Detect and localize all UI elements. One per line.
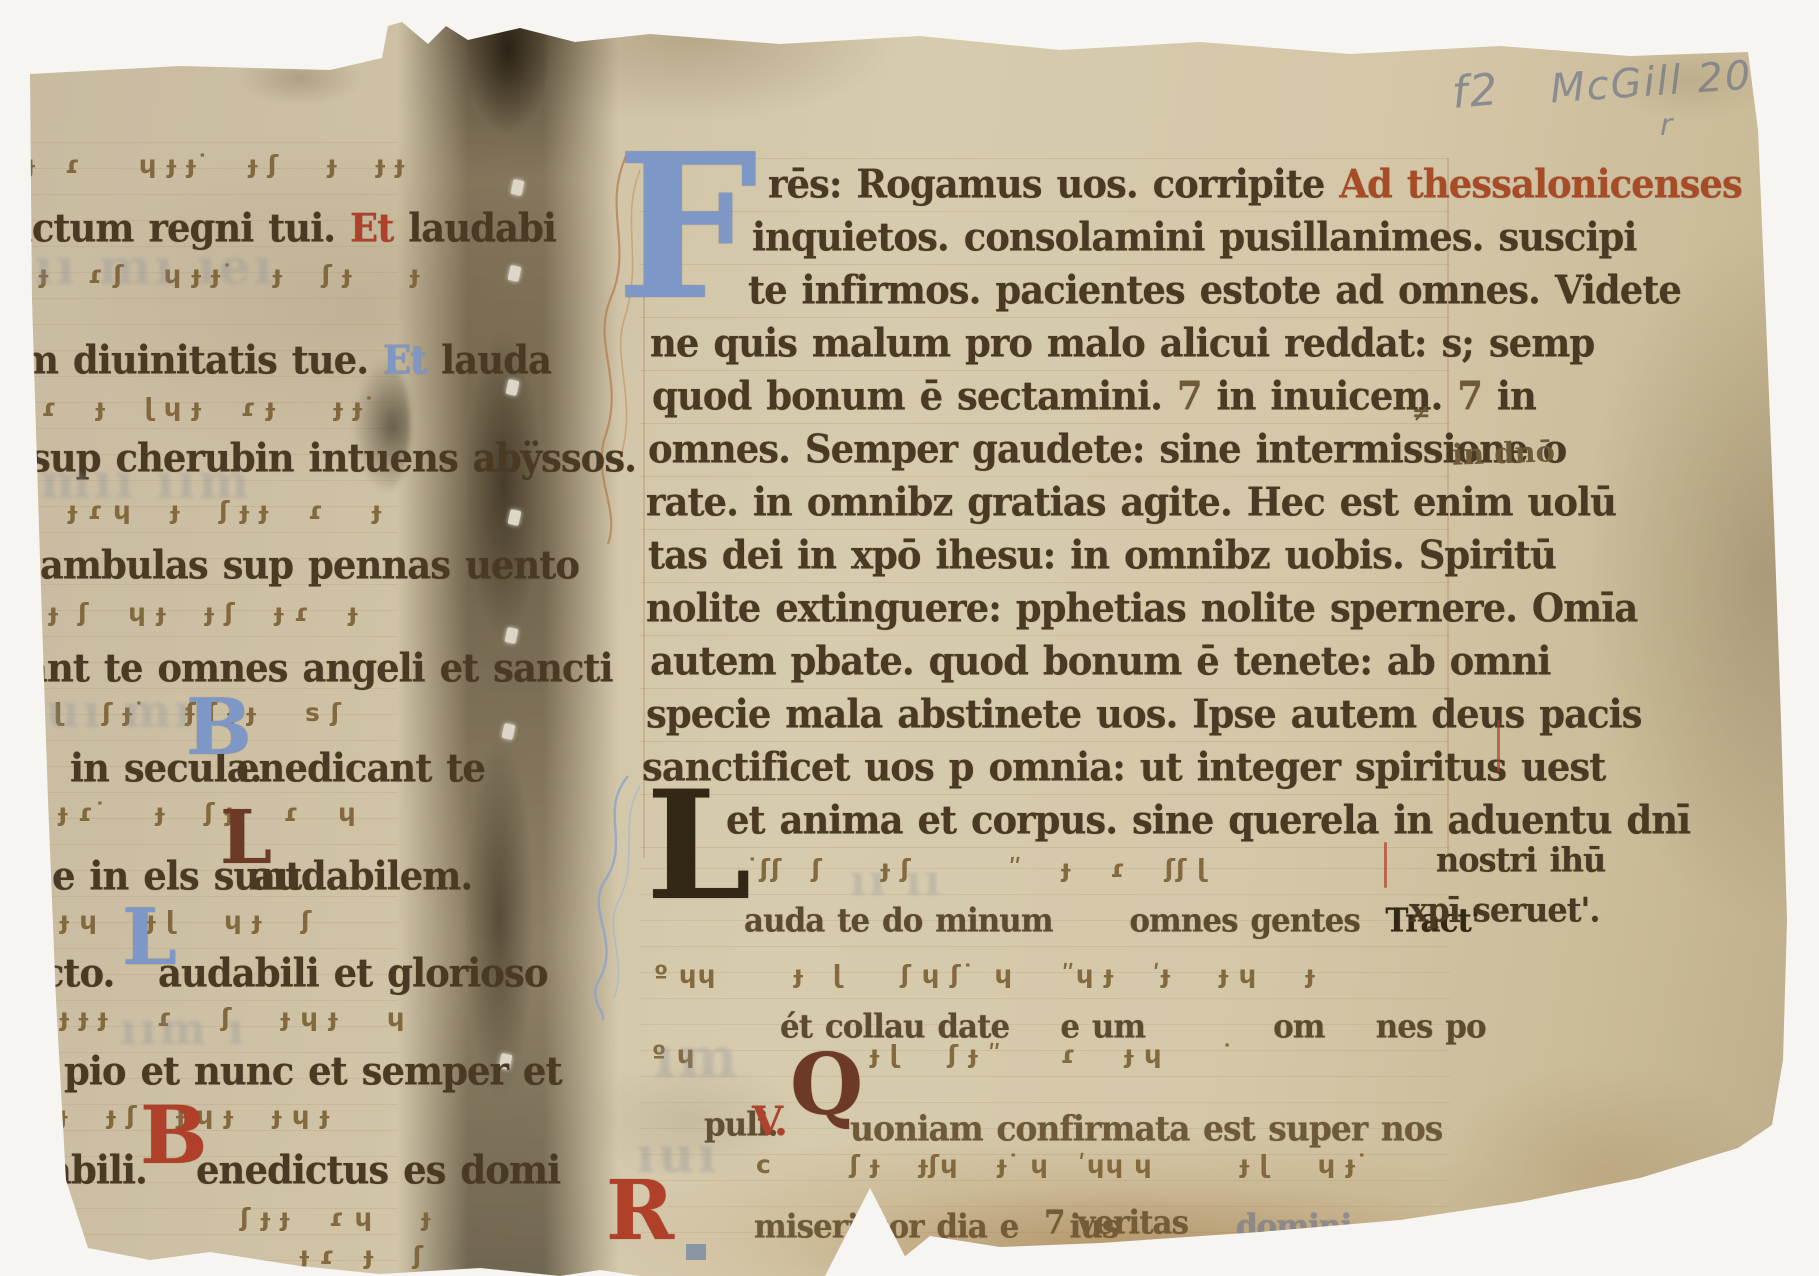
text-segment: 7 — [1177, 373, 1202, 419]
text-line: rēs: Rogamus uos. corripite Ad thessalon… — [768, 165, 1742, 204]
text-line: ne quis malum pro malo alicui reddat: s;… — [650, 324, 1594, 363]
text-line: et anima et corpus. sine querela in adue… — [726, 801, 1690, 840]
photo-backdrop: ɟ ɾ ɥ ɟ ɟ˙ ɟ ʃ ɟ ɟ ɟnctum regni tui. Et … — [0, 0, 1819, 1276]
text-segment: inquietos. consolamini pusillanimes. sus… — [752, 214, 1636, 260]
illuminated-initial-R: R — [606, 1180, 672, 1244]
text-line: ≠ — [1412, 401, 1429, 424]
text-segment: uoniam confirmata est super nos — [850, 1108, 1442, 1149]
text-line: specie mala abstinete uos. Ipse autem de… — [646, 695, 1642, 734]
text-line: uoniam confirmata est super nos — [850, 1111, 1442, 1146]
text-segment: quod bonum ē sectamini. — [652, 373, 1177, 419]
text-line: xpī seruet'. — [1396, 893, 1599, 927]
illuminated-initial-Q: Q — [790, 1052, 861, 1118]
page-right-lesson: rēs: Rogamus uos. corripite Ad thessalon… — [0, 0, 1819, 1276]
illuminated-initial-L: L — [646, 788, 749, 905]
manuscript-leaf: ɟ ɾ ɥ ɟ ɟ˙ ɟ ʃ ɟ ɟ ɟnctum regni tui. Et … — [0, 0, 1819, 1276]
text-line: sanctificet uos p omnia: ut integer spir… — [642, 748, 1605, 787]
text-segment: in — [1482, 373, 1536, 419]
text-line: auda te do minum omnes gentes Tract' — [744, 905, 1479, 938]
text-segment: 7 veritas — [1044, 1204, 1188, 1242]
text-segment: tas dei in xpō ihesu: in omnibz uobis. S… — [648, 532, 1556, 578]
text-line: tas dei in xpō ihesu: in omnibz uobis. S… — [648, 536, 1556, 575]
red-ink-stroke — [1497, 720, 1500, 772]
illuminated-initial-F: F — [616, 150, 756, 306]
text-line: autem pbate. quod bonum ē tenete: ab omn… — [650, 642, 1550, 681]
text-line: 7 veritas — [1044, 1207, 1188, 1240]
bleedthrough-text: ıuı — [636, 1130, 719, 1180]
text-segment: rate. in omnibz gratias agite. Hec est e… — [646, 479, 1616, 525]
text-segment: omnes. Semper gaudete: sine intermission… — [648, 426, 1566, 472]
text-segment: et anima et corpus. sine querela in adue… — [726, 797, 1690, 843]
neume-line: º ɥɥ ɟ ɭ ʃ ɥ ʃ˙ ɥ ʺɥ ɟ ʹɟ ɟ ɥ ɟ — [654, 962, 1315, 987]
text-segment: sanctificet uos p omnia: ut integer spir… — [642, 744, 1605, 790]
text-segment: domini — [1236, 1208, 1351, 1246]
text-line: te infirmos. pacientes estote ad omnes. … — [748, 271, 1681, 310]
text-line: rate. in omnibz gratias agite. Hec est e… — [646, 483, 1616, 522]
margin-correction-note: in dnō — [1451, 434, 1555, 472]
text-segment: xpī seruet'. — [1396, 890, 1599, 930]
text-line: domini — [1236, 1211, 1351, 1244]
bleedthrough-text: ım — [654, 1030, 741, 1086]
bleedthrough-text: ıı ıı — [850, 860, 943, 902]
text-segment: ne quis malum pro malo alicui reddat: s;… — [650, 320, 1594, 366]
text-line: inquietos. consolamini pusillanimes. sus… — [752, 218, 1636, 257]
text-line: quod bonum ē sectamini. 7 in inuicem. 7 … — [652, 377, 1536, 416]
illuminated-initial-V: V. — [752, 1106, 786, 1137]
text-segment: te infirmos. pacientes estote ad omnes. … — [748, 267, 1681, 313]
text-segment: rēs: Rogamus uos. corripite — [768, 161, 1339, 207]
text-segment: 7 — [1457, 373, 1482, 419]
text-line: nostri ihū — [1436, 843, 1605, 877]
text-line: nolite extinguere: pphetias nolite spern… — [646, 589, 1637, 628]
text-segment: ≠ — [1412, 399, 1429, 426]
neume-line: c ʃ ɟ ɟʃɥ ɟ˙ ɥ ʹɥɥ ɥ ɟ ɭ ɥ ɟ˙ — [756, 1152, 1369, 1177]
blue-grey-patch — [686, 1244, 706, 1260]
red-ink-stroke — [1384, 842, 1387, 888]
text-line: omnes. Semper gaudete: sine intermission… — [648, 430, 1566, 469]
text-segment: nolite extinguere: pphetias nolite spern… — [646, 585, 1637, 631]
pencil-folio-annotation: f2 — [1450, 64, 1502, 119]
text-segment: specie mala abstinete uos. Ipse autem de… — [646, 691, 1642, 737]
text-line: ét collau date e um om nes po — [780, 1011, 1486, 1044]
text-segment: autem pbate. quod bonum ē tenete: ab omn… — [650, 638, 1550, 684]
text-segment: auda te do minum omnes gentes — [744, 902, 1385, 940]
pencil-side-annotation: r — [1660, 108, 1674, 143]
neume-line: ˙ʃʃ ʃ ɟ ʃ ʺ ɟ ɾ ʃʃ ɭ — [746, 856, 1207, 881]
text-segment: nostri ihū — [1436, 840, 1605, 880]
text-segment: Ad thessalonicenses — [1339, 161, 1742, 207]
